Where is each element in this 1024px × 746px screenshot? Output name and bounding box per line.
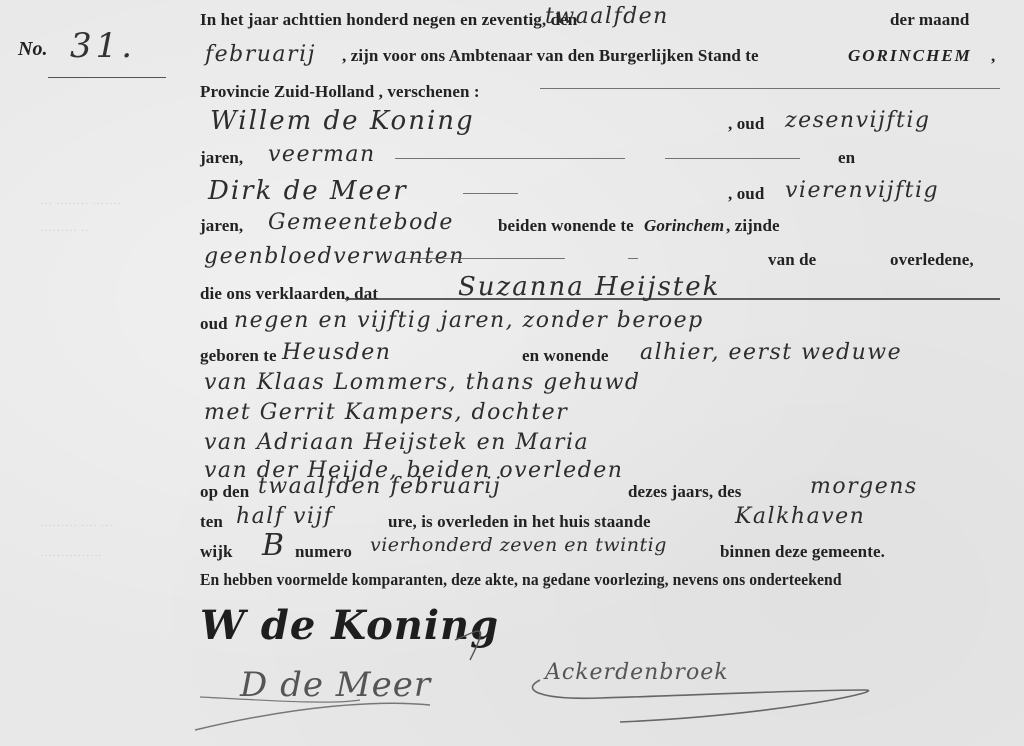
printed-text: overledene, xyxy=(890,250,974,270)
register-line-9: die ons verklaarden, dat Suzanna Heijste… xyxy=(200,278,1000,308)
entry-number-label: No. xyxy=(18,38,47,61)
register-line-1: In het jaar achttien honderd negen en ze… xyxy=(200,4,1000,34)
register-line-19: En hebben voormelde komparanten, deze ak… xyxy=(200,564,1000,594)
register-line-4: Willem de Koning , oud zesenvijftig xyxy=(200,106,1000,136)
handwritten-declarant-1-occupation: veerman xyxy=(268,142,376,167)
printed-text: numero xyxy=(295,542,352,562)
printed-text: dezes jaars, des xyxy=(628,482,742,502)
printed-text: geboren te xyxy=(200,346,277,366)
printed-text: beiden wonende te xyxy=(498,216,634,236)
handwritten-parents: van Adriaan Heijstek en Maria xyxy=(204,430,589,455)
handwritten-death-time: half vijf xyxy=(236,504,333,529)
bleed-through-text: ········· ·· xyxy=(40,225,89,237)
handwritten-declarant-1-name: Willem de Koning xyxy=(210,106,475,136)
handwritten-declarant-2-occupation: Gemeentebode xyxy=(268,210,454,235)
printed-text: , zijnde xyxy=(726,216,780,236)
printed-text: oud xyxy=(200,314,228,334)
fill-line xyxy=(540,88,1000,89)
printed-place-name: GORINCHEM xyxy=(848,46,972,66)
printed-text: die ons verklaarden, dat xyxy=(200,284,378,304)
register-line-5: jaren, veerman en xyxy=(200,142,1000,172)
register-line-13: met Gerrit Kampers, dochter xyxy=(200,400,1000,430)
printed-text: , xyxy=(991,46,995,66)
bleed-through-text: ··· ········ ······· xyxy=(40,198,121,210)
printed-text: ure, is overleden in het huis staande xyxy=(388,512,651,532)
register-line-18: wijk B numero vierhonderd zeven en twint… xyxy=(200,536,1000,566)
handwritten-birthplace: Heusden xyxy=(282,340,391,365)
handwritten-declarant-2-name: Dirk de Meer xyxy=(208,176,408,206)
scanned-register-page: ··· ········ ······· ········· ·· ······… xyxy=(0,0,1024,746)
printed-text: , zijn voor ons Ambtenaar van den Burger… xyxy=(342,46,759,66)
handwritten-deceased-age-occupation: negen en vijftig jaren, zonder beroep xyxy=(234,308,704,333)
handwritten-day: twaalfden xyxy=(545,4,669,29)
printed-text: en wonende xyxy=(522,346,608,366)
handwritten-residence: alhier, eerst weduwe xyxy=(640,340,902,365)
entry-number-underline xyxy=(48,77,166,78)
printed-text: Provincie Zuid-Holland , verschenen : xyxy=(200,82,480,102)
register-line-12: van Klaas Lommers, thans gehuwd xyxy=(200,370,1000,400)
fill-line xyxy=(405,258,565,259)
handwritten-declarant-1-age: zesenvijftig xyxy=(785,108,930,133)
handwritten-relationship: geenbloedverwanten xyxy=(204,244,465,269)
register-line-16: op den twaalfden februarij dezes jaars, … xyxy=(200,476,1000,506)
signature-declarant-1: W de Koning xyxy=(200,602,499,649)
register-line-8: geenbloedverwanten van de overledene, xyxy=(200,244,1000,274)
register-line-7: jaren, Gemeentebode beiden wonende te Go… xyxy=(200,210,1000,240)
bleed-through-text: ········· ···· ··· xyxy=(40,520,113,532)
handwritten-death-date: twaalfden februarij xyxy=(258,474,501,499)
fill-line xyxy=(628,258,638,259)
printed-text: van de xyxy=(768,250,816,270)
printed-text: , oud xyxy=(728,184,764,204)
signature-registrar: Ackerdenbroek xyxy=(545,660,729,685)
name-underline xyxy=(345,298,1000,300)
printed-text: In het jaar achttien honderd negen en ze… xyxy=(200,10,577,30)
handwritten-time-of-day: morgens xyxy=(810,474,918,499)
printed-text: ten xyxy=(200,512,223,532)
printed-text: en xyxy=(838,148,855,168)
fill-line xyxy=(463,193,518,194)
printed-text: jaren, xyxy=(200,216,243,236)
printed-text: der maand xyxy=(890,10,969,30)
fill-line xyxy=(665,158,800,159)
bleed-through-text: ··············· xyxy=(40,550,102,562)
register-line-11: geboren te Heusden en wonende alhier, ee… xyxy=(200,340,1000,370)
handwritten-ward: B xyxy=(262,528,286,563)
entry-number-value: 31. xyxy=(70,26,136,66)
printed-text: , oud xyxy=(728,114,764,134)
printed-text: jaren, xyxy=(200,148,243,168)
register-line-10: oud negen en vijftig jaren, zonder beroe… xyxy=(200,308,1000,338)
register-line-14: van Adriaan Heijstek en Maria xyxy=(200,430,1000,460)
register-line-3: Provincie Zuid-Holland , verschenen : xyxy=(200,76,1000,106)
handwritten-spouse-1: van Klaas Lommers, thans gehuwd xyxy=(204,370,641,395)
register-line-2: februarij , zijn voor ons Ambtenaar van … xyxy=(200,40,1000,70)
printed-text: op den xyxy=(200,482,249,502)
printed-text: En hebben voormelde komparanten, deze ak… xyxy=(200,570,842,590)
register-line-6: Dirk de Meer , oud vierenvijftig xyxy=(200,176,1000,206)
printed-place-name: Gorinchem xyxy=(644,216,724,236)
printed-text: binnen deze gemeente. xyxy=(720,542,885,562)
handwritten-street: Kalkhaven xyxy=(735,504,865,529)
fill-line xyxy=(395,158,625,159)
register-line-17: ten half vijf ure, is overleden in het h… xyxy=(200,506,1000,536)
handwritten-spouse-2: met Gerrit Kampers, dochter xyxy=(204,400,568,425)
handwritten-house-number: vierhonderd zeven en twintig xyxy=(370,534,667,556)
signature-declarant-2: D de Meer xyxy=(240,665,431,705)
handwritten-month: februarij xyxy=(205,42,316,67)
handwritten-declarant-2-age: vierenvijftig xyxy=(785,178,939,203)
printed-text: wijk xyxy=(200,542,233,562)
